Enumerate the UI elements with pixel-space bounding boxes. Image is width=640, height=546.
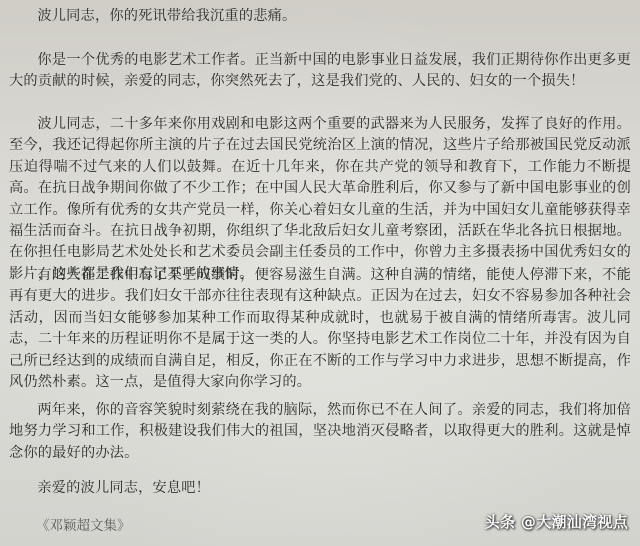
paragraph-tribute: 你是一个优秀的电影艺术工作者。正当新中国的电影事业日益发展，我们正期待你作出更多…	[9, 50, 631, 93]
paragraph-career: 波儿同志，二十多年来你用戏剧和电影这两个重要的武器来为人民服务，发挥了良好的作用…	[9, 114, 631, 285]
document-page: 波儿同志，你的死讯带给我沉重的悲痛。 你是一个优秀的电影艺术工作者。正当新中国的…	[0, 0, 640, 546]
source-citation: 《邓颖超文集》	[36, 514, 131, 534]
watermark: 头条 @大潮汕湾视点	[485, 511, 628, 532]
paragraph-memory: 两年来，你的音容笑貌时刻萦绕在我的脑际，然而你已不在人间了。亲爱的同志，我们将加…	[9, 400, 631, 464]
paragraph-farewell: 亲爱的波儿同志，安息吧！	[9, 478, 631, 499]
paragraph-opening: 波儿同志，你的死讯带给我沉重的悲痛。	[9, 6, 631, 27]
paragraph-humility: 有的人在工作中有了某些成绩时，便容易滋生自满。这种自满的情绪，能使人停滞下来，不…	[9, 265, 631, 393]
